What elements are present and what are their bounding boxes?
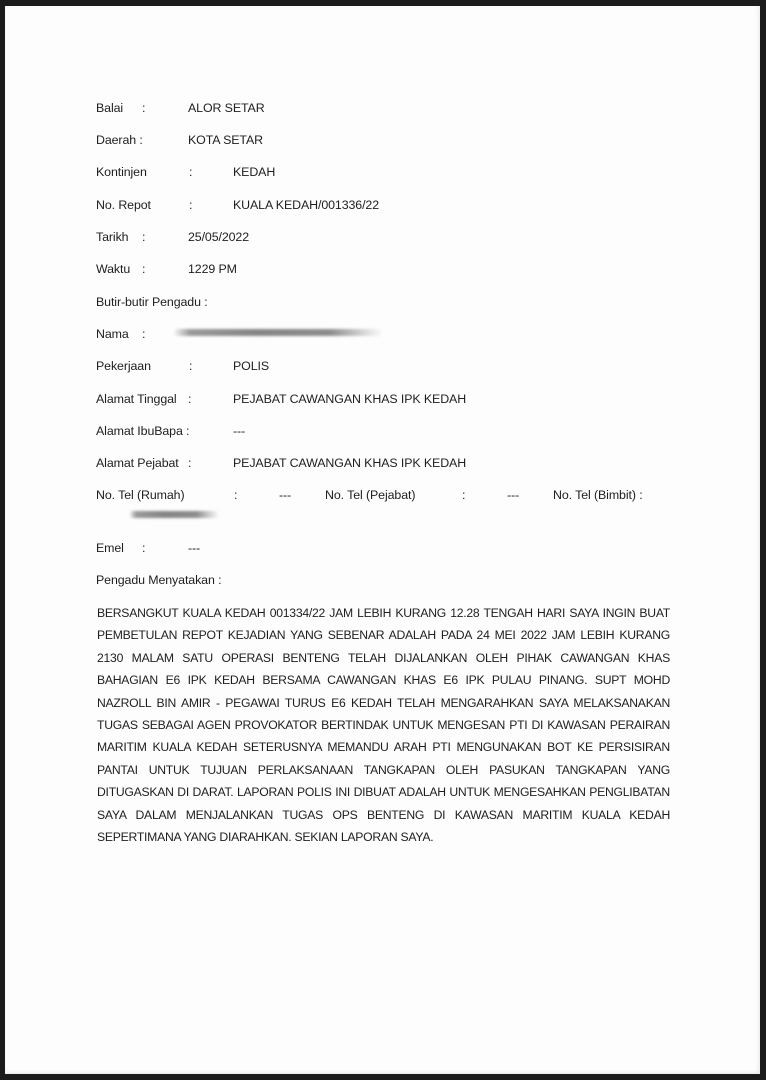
alamat-ibubapa-colon: : — [186, 423, 189, 439]
emel-colon: : — [142, 540, 145, 556]
balai-label: Balai — [96, 100, 123, 116]
balai-colon: : — [142, 100, 145, 116]
waktu-label: Waktu — [96, 261, 130, 277]
pekerjaan-value: POLIS — [233, 358, 269, 374]
tarikh-label: Tarikh — [96, 229, 128, 245]
pekerjaan-label: Pekerjaan — [96, 358, 151, 374]
tel-rumah-value: --- — [279, 487, 291, 503]
statement-paragraph: BERSANGKUT KUALA KEDAH 001334/22 JAM LEB… — [97, 602, 670, 848]
no-repot-label: No. Repot — [96, 197, 151, 213]
daerah-label: Daerah : — [96, 132, 143, 148]
police-report-page: Balai : ALOR SETAR Daerah : KOTA SETAR K… — [5, 6, 760, 1074]
tarikh-colon: : — [142, 229, 145, 245]
alamat-pejabat-colon: : — [188, 455, 191, 471]
alamat-ibubapa-label: Alamat IbuBapa — [96, 423, 183, 439]
statement-heading: Pengadu Menyatakan : — [96, 572, 221, 588]
alamat-tinggal-label: Alamat Tinggal — [96, 391, 177, 407]
alamat-pejabat-label: Alamat Pejabat — [96, 455, 179, 471]
emel-label: Emel — [96, 540, 124, 556]
alamat-ibubapa-value: --- — [233, 423, 245, 439]
no-repot-colon: : — [189, 197, 192, 213]
kontinjen-value: KEDAH — [233, 164, 275, 180]
nama-redacted-blur — [173, 329, 383, 336]
tel-bimbit-redacted-blur — [129, 511, 219, 518]
complainant-heading: Butir-butir Pengadu : — [96, 294, 208, 310]
tel-bimbit-label: No. Tel (Bimbit) : — [553, 487, 643, 503]
nama-label: Nama — [96, 326, 129, 342]
tel-pejabat-label: No. Tel (Pejabat) — [325, 487, 415, 503]
waktu-colon: : — [142, 261, 145, 277]
scan-frame: Balai : ALOR SETAR Daerah : KOTA SETAR K… — [0, 0, 766, 1080]
daerah-value: KOTA SETAR — [188, 132, 263, 148]
pekerjaan-colon: : — [189, 358, 192, 374]
balai-value: ALOR SETAR — [188, 100, 265, 116]
nama-colon: : — [142, 326, 145, 342]
tel-rumah-label: No. Tel (Rumah) — [96, 487, 184, 503]
emel-value: --- — [188, 540, 200, 556]
tel-pejabat-value: --- — [507, 487, 519, 503]
alamat-tinggal-colon: : — [188, 391, 191, 407]
kontinjen-colon: : — [189, 164, 192, 180]
alamat-tinggal-value: PEJABAT CAWANGAN KHAS IPK KEDAH — [233, 391, 466, 407]
waktu-value: 1229 PM — [188, 261, 237, 277]
tarikh-value: 25/05/2022 — [188, 229, 249, 245]
no-repot-value: KUALA KEDAH/001336/22 — [233, 197, 379, 213]
tel-pejabat-colon: : — [462, 487, 465, 503]
kontinjen-label: Kontinjen — [96, 164, 147, 180]
tel-rumah-colon: : — [234, 487, 237, 503]
alamat-pejabat-value: PEJABAT CAWANGAN KHAS IPK KEDAH — [233, 455, 466, 471]
